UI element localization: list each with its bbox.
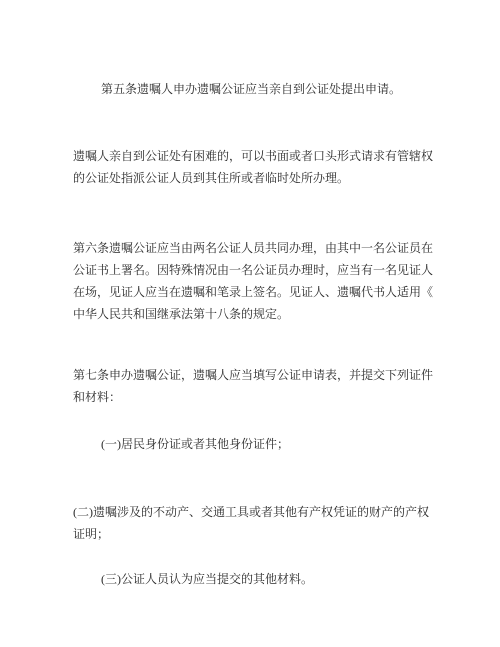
text-line: 的公证处指派公证人员到其住所或者临时处所办理。 (73, 167, 429, 189)
text-line: (三)公证人员认为应当提交的其他材料。 (73, 568, 429, 590)
text-line: 和材料： (73, 386, 429, 408)
text-line: 第五条遗嘱人申办遗嘱公证应当亲自到公证处提出申请。 (73, 78, 429, 100)
text-line: 公证书上署名。因特殊情况由一名公证员办理时，应当有一名见证人 (73, 259, 429, 281)
text-line: 中华人民共和国继承法第十八条的规定。 (73, 303, 429, 325)
text-line: 遗嘱人亲自到公证处有困难的，可以书面或者口头形式请求有管辖权 (73, 145, 429, 167)
paragraph-article-7: 第七条申办遗嘱公证，遗嘱人应当填写公证申请表，并提交下列证件和材料： (73, 364, 429, 408)
document-page: 第五条遗嘱人申办遗嘱公证应当亲自到公证处提出申请。遗嘱人亲自到公证处有困难的，可… (73, 0, 429, 590)
paragraph-article-5: 第五条遗嘱人申办遗嘱公证应当亲自到公证处提出申请。 (73, 78, 429, 100)
text-line: 第六条遗嘱公证应当由两名公证人员共同办理，由其中一名公证员在 (73, 237, 429, 259)
paragraph-article-7-item-3: (三)公证人员认为应当提交的其他材料。 (73, 568, 429, 590)
text-line: 证明； (73, 523, 429, 545)
paragraph-article-5-continuation: 遗嘱人亲自到公证处有困难的，可以书面或者口头形式请求有管辖权的公证处指派公证人员… (73, 145, 429, 189)
paragraph-article-7-item-1: (一)居民身份证或者其他身份证件； (73, 433, 429, 455)
text-line: (二)遗嘱涉及的不动产、交通工具或者其他有产权凭证的财产的产权 (73, 501, 429, 523)
paragraph-article-7-item-2: (二)遗嘱涉及的不动产、交通工具或者其他有产权凭证的财产的产权证明； (73, 501, 429, 545)
text-line: (一)居民身份证或者其他身份证件； (73, 433, 429, 455)
text-line: 第七条申办遗嘱公证，遗嘱人应当填写公证申请表，并提交下列证件 (73, 364, 429, 386)
paragraph-article-6: 第六条遗嘱公证应当由两名公证人员共同办理，由其中一名公证员在公证书上署名。因特殊… (73, 237, 429, 325)
text-line: 在场，见证人应当在遗嘱和笔录上签名。见证人、遗嘱代书人适用《 (73, 281, 429, 303)
